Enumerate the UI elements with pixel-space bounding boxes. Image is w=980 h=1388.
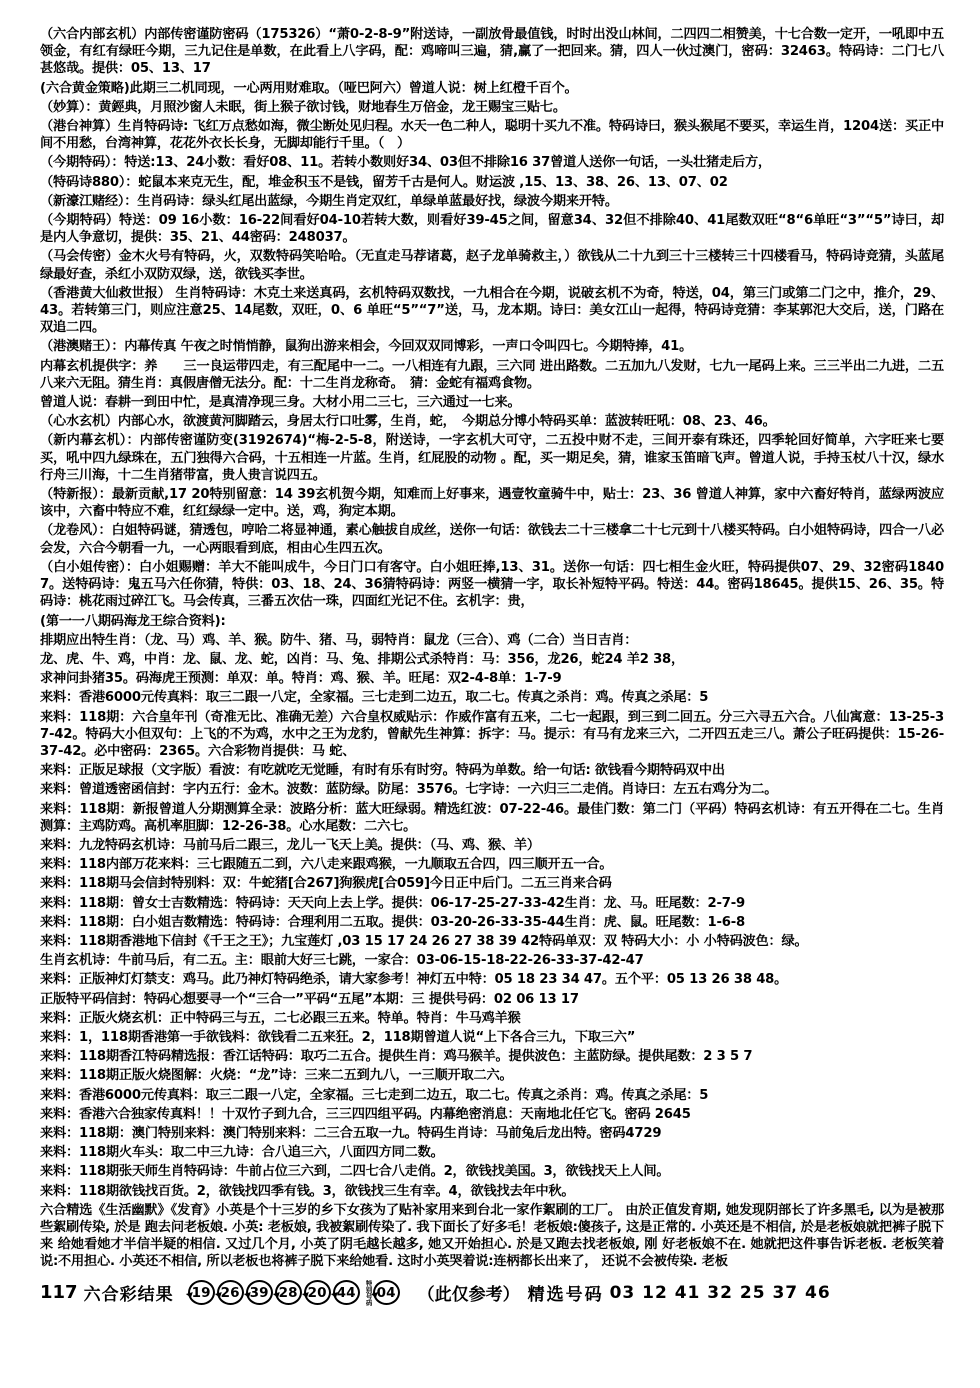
paragraph: 来料：118期香港地下信封《千王之王》；九宝莲灯 ,03 15 17 24 26… [40,933,944,950]
result-ball: 39 [246,1280,273,1305]
paragraph: 来料：118内部万花来料：三七跟随五二到，六八走来跟鸡猴，一九顺取五合四，四三顺… [40,856,944,873]
paragraph: 来料：118期：澳门特别来料：澳门特别来料：二三合五取一九。特码生肖诗：马前兔后… [40,1125,944,1142]
paragraph: 内幕玄机提供字：养 三一良运带四走，有三配尾中一二。一八相连有九跟，三六同 进出… [40,358,944,392]
paragraph: 来料：118期：白小姐吉数精选：特码诗：合理利用二五取。提供：03-20-26-… [40,914,944,931]
special-number-ball: 04 [373,1280,400,1305]
paragraph: （港台神算）生肖特码诗: 飞红万点愁如海，微尘断处见归程。水天一色二种人，聪明十… [40,118,944,152]
paragraph: （妙算）：黄鋞典，月照沙窗人未眠，街上猴子欲讨钱，财地春生万倍金，龙王赐宝三贴七… [40,99,944,116]
paragraph: 来料：香港6000元传真料：取三二跟一八定，全家福。三七走到二边五，取二七。传真… [40,689,944,706]
lottery-result-line: 117 六合彩结果 192639282044 特别号码 04 （此仅参考） 精选… [40,1280,944,1306]
selected-numbers: 03 12 41 32 25 37 46 [610,1283,831,1303]
result-balls: 192639282044 [188,1280,362,1305]
paragraph: 六合精选《生活幽默》《发育》小英是个十三岁的乡下女孩为了贴补家用来到台北一家作絮… [40,1202,944,1271]
paragraph: （今期特码）：特送:13、24小数：看好08、11。若转小数则好34、03但不排… [40,154,944,171]
paragraph: 正版特平码信封：特码心想要寻一个“三合一”平码“五尾”本期：三 提供号码：02 … [40,991,944,1008]
selected-numbers-label: 精选号码 [528,1280,604,1305]
paragraph: （白小姐传密）：白小姐赐赠：羊大不能叫成牛，今日门口有客守。白小姐旺捧,13、3… [40,559,944,611]
paragraph: 来料：九龙特码玄机诗：马前马后二跟三，龙儿一飞天上美。提供：（马、鸡、猴、羊） [40,837,944,854]
paragraph-list: （六合内部玄机）内部传密谨防密码（175326）“萧0-2-8-9”附送诗，一副… [40,26,944,1271]
paragraph: （特码诗880）：蛇鼠本来克无生，配，堆金积玉不是钱，留芳千古是何人。财运波 ,… [40,174,944,191]
paragraph: 来料：1，118期香港第一手欲钱料：欲钱看二五来狂。2，118期曾道人说“上下各… [40,1029,944,1046]
result-label: 六合彩结果 [84,1280,174,1305]
paragraph: 来料：118期正版火烧图解：火烧：“龙”诗：三来二五到九八，一三顺开取二六。 [40,1067,944,1084]
paragraph: 生肖玄机诗：牛前马后，有二五。主：眼前大好三七跳，一家合：03-06-15-18… [40,952,944,969]
paragraph: （港澳赌王）：内幕传真 午夜之时悄悄静，鼠狗出游来相会，今回双双同博彩，一声口令… [40,338,944,355]
paragraph: 来料：正版神灯灯禁支：鸡马。此乃神灯特码绝杀，请大家参考！神灯五中特：05 18… [40,971,944,988]
paragraph: 来料：118期：曾女士吉数精选：特码诗：天天向上去上学。提供：06-17-25-… [40,895,944,912]
paragraph: 来料：118期火车头：取二中三九诗：合八追三六，八面四方同二数。 [40,1144,944,1161]
paragraph: 龙、虎、牛、鸡，中肖：龙、鼠、龙、蛇，凶肖：马、兔、排期公式杀特肖：马：356，… [40,651,944,668]
tipsheet-page: （六合内部玄机）内部传密谨防密码（175326）“萧0-2-8-9”附送诗，一副… [0,0,980,1388]
paragraph: (六合黄金策略)此期三二机同现，一心两用财难取。（哑巴阿六）曾道人说：树上红橙千… [40,80,944,97]
reference-note: （此仅参考） [418,1280,520,1305]
paragraph: 求神问卦猪35。码海虎王预测：单双：单。特肖：鸡、猴、羊。旺尾：双2-4-8单：… [40,670,944,687]
paragraph: （今期特码）特送：09 16小数：16-22间看好04-10若转大数，则看好39… [40,212,944,246]
paragraph: 曾道人说：春耕一到田中忙，是真清净现三身。大材小用二三七，三六通过一七来。 [40,394,944,411]
paragraph: 来料：曾道透密函信封：字内五行：金木。波数：蓝防绿。防尾：3576。七字诗：一六… [40,781,944,798]
paragraph: （心水玄机）内部心水，欲渡黄河脚踏云，身居太行口吐雾，生肖，蛇， 今期总分博小特… [40,413,944,430]
paragraph: (第一一八期码海龙王综合资料): [40,613,944,630]
result-ball: 44 [333,1280,360,1305]
paragraph: （香港黄大仙救世报） 生肖特码诗：木克土来送真码，玄机特码双数找，一九相合在今期… [40,285,944,337]
paragraph: 来料：118期张天师生肖特码诗：牛前占位三六到，二四七合八走俏。2，欲钱找美国。… [40,1163,944,1180]
paragraph: 来料：118期：六合皇年刊（奇准无比、准确无差）六合皇权威贴示：作威作富有五来，… [40,709,944,761]
paragraph: 排期应出特生肖：（龙、马）鸡、羊、猴。防牛、猪、马，弱特肖：鼠龙（三合）、鸡（二… [40,632,944,649]
paragraph: 来料：正版火烧玄机：正中特码三与五，二七必跟三五来。特单。特肖：牛马鸡羊猴 [40,1010,944,1027]
result-ball: 26 [217,1280,244,1305]
result-ball: 28 [275,1280,302,1305]
paragraph: 来料：118期：新报曾道人分期测算全录：波路分析：蓝大旺绿弱。精选红波：07-2… [40,801,944,835]
paragraph: 来料：香港六合独家传真料！！十双竹子到九合，三三四四组平码。内幕绝密消息：天南地… [40,1106,944,1123]
paragraph: 来料：118期马会信封特别料：双：牛蛇猪[合267]狗猴虎[合059]今日正中后… [40,875,944,892]
paragraph: 来料：118期香江特码精选报：香江话特码：取巧二五合。提供生肖：鸡马猴羊。提供波… [40,1048,944,1065]
paragraph: （马会传密）金木火号有特码，火，双数特码笑哈哈。（无直走马荐诸葛，赵子龙单骑救主… [40,248,944,282]
result-ball: 19 [188,1280,215,1305]
paragraph: （新濠江赌经）：生肖码诗：绿头红尾出蓝绿，今期生肖定双红，单绿单蓝最好找，绿波今… [40,193,944,210]
paragraph: 来料：香港6000元传真料：取三二跟一八定，全家福。三七走到二边五，取二七。传真… [40,1087,944,1104]
paragraph: （六合内部玄机）内部传密谨防密码（175326）“萧0-2-8-9”附送诗，一副… [40,26,944,78]
paragraph: （特新报）：最新贡献,17 20特别留意：14 39玄机贺今期，知难而上好事来，… [40,486,944,520]
paragraph: 来料：118期欲钱找百货。2，欲钱找四季有钱。3，欲钱找三生有幸。4，欲钱找去年… [40,1183,944,1200]
paragraph: （新内幕玄机）：内部传密谨防变(3192674)“梅-2-5-8，附送诗，一字玄… [40,432,944,484]
paragraph: （龙卷风）：白姐特码谜，猜透包，哼哈二将显神通，素心触拔自成丝，送你一句话：欲钱… [40,522,944,556]
issue-number: 117 [40,1282,78,1303]
result-ball: 20 [304,1280,331,1305]
paragraph: 来料：正版足球报（文字版）看波：有吃就吃无觉睡，有时有乐有时穷。特码为单数。给一… [40,762,944,779]
